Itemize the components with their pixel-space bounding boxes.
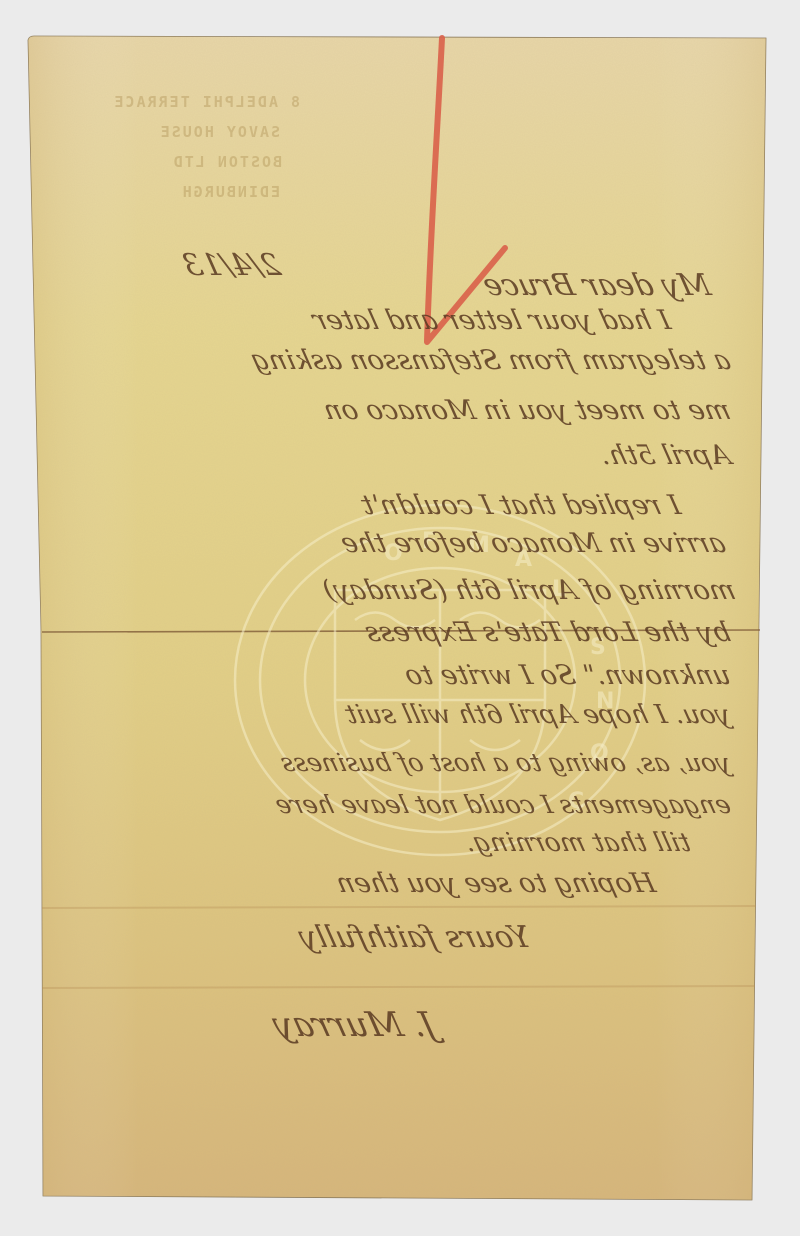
letterhead-line: BOSTON LTD xyxy=(112,152,282,172)
letterhead-line: SAVOY HOUSE xyxy=(112,122,280,142)
letterhead: 8 ADELPHI TERRACE SAVOY HOUSE BOSTON LTD… xyxy=(112,92,300,202)
mirrored-writing: 8 ADELPHI TERRACE SAVOY HOUSE BOSTON LTD… xyxy=(0,0,800,1236)
letterhead-line: EDINBURGH xyxy=(112,182,280,202)
body-line: me to meet you in Monaco on xyxy=(320,395,734,426)
letterhead-line: 8 ADELPHI TERRACE xyxy=(112,92,300,112)
sign-off: Yours faithfully xyxy=(295,920,534,955)
body-line: morning of April 6th (Sunday) xyxy=(320,575,739,606)
signature: J. Murray xyxy=(269,1005,440,1045)
body-line: April 5th. xyxy=(597,440,734,471)
body-line: by the Lord Tate's Express xyxy=(362,617,734,648)
body-line: you, as, owing to a host of business xyxy=(277,748,733,777)
body-line: engagements I could not leave here xyxy=(272,790,734,819)
body-line: till that morning. xyxy=(462,828,694,858)
body-line: you. I hope April 6th will suit xyxy=(342,700,733,730)
body-line: I had your letter and later xyxy=(310,305,674,336)
body-line: arrive in Monaco before the xyxy=(338,528,729,559)
body-line: a telegram from Stefansson asking xyxy=(248,345,734,376)
closing-line: Hoping to see you then xyxy=(333,868,659,899)
letter-salutation: My dear Bruce xyxy=(479,268,714,303)
letter-photo: O F M A L S N O C 8 ADELPHI TERRACE SAVO… xyxy=(0,0,800,1236)
body-line: I replied that I couldn't xyxy=(358,490,684,521)
letter-date: 2/4/13 xyxy=(179,248,284,283)
body-line: unknown." So I write to xyxy=(402,660,734,691)
